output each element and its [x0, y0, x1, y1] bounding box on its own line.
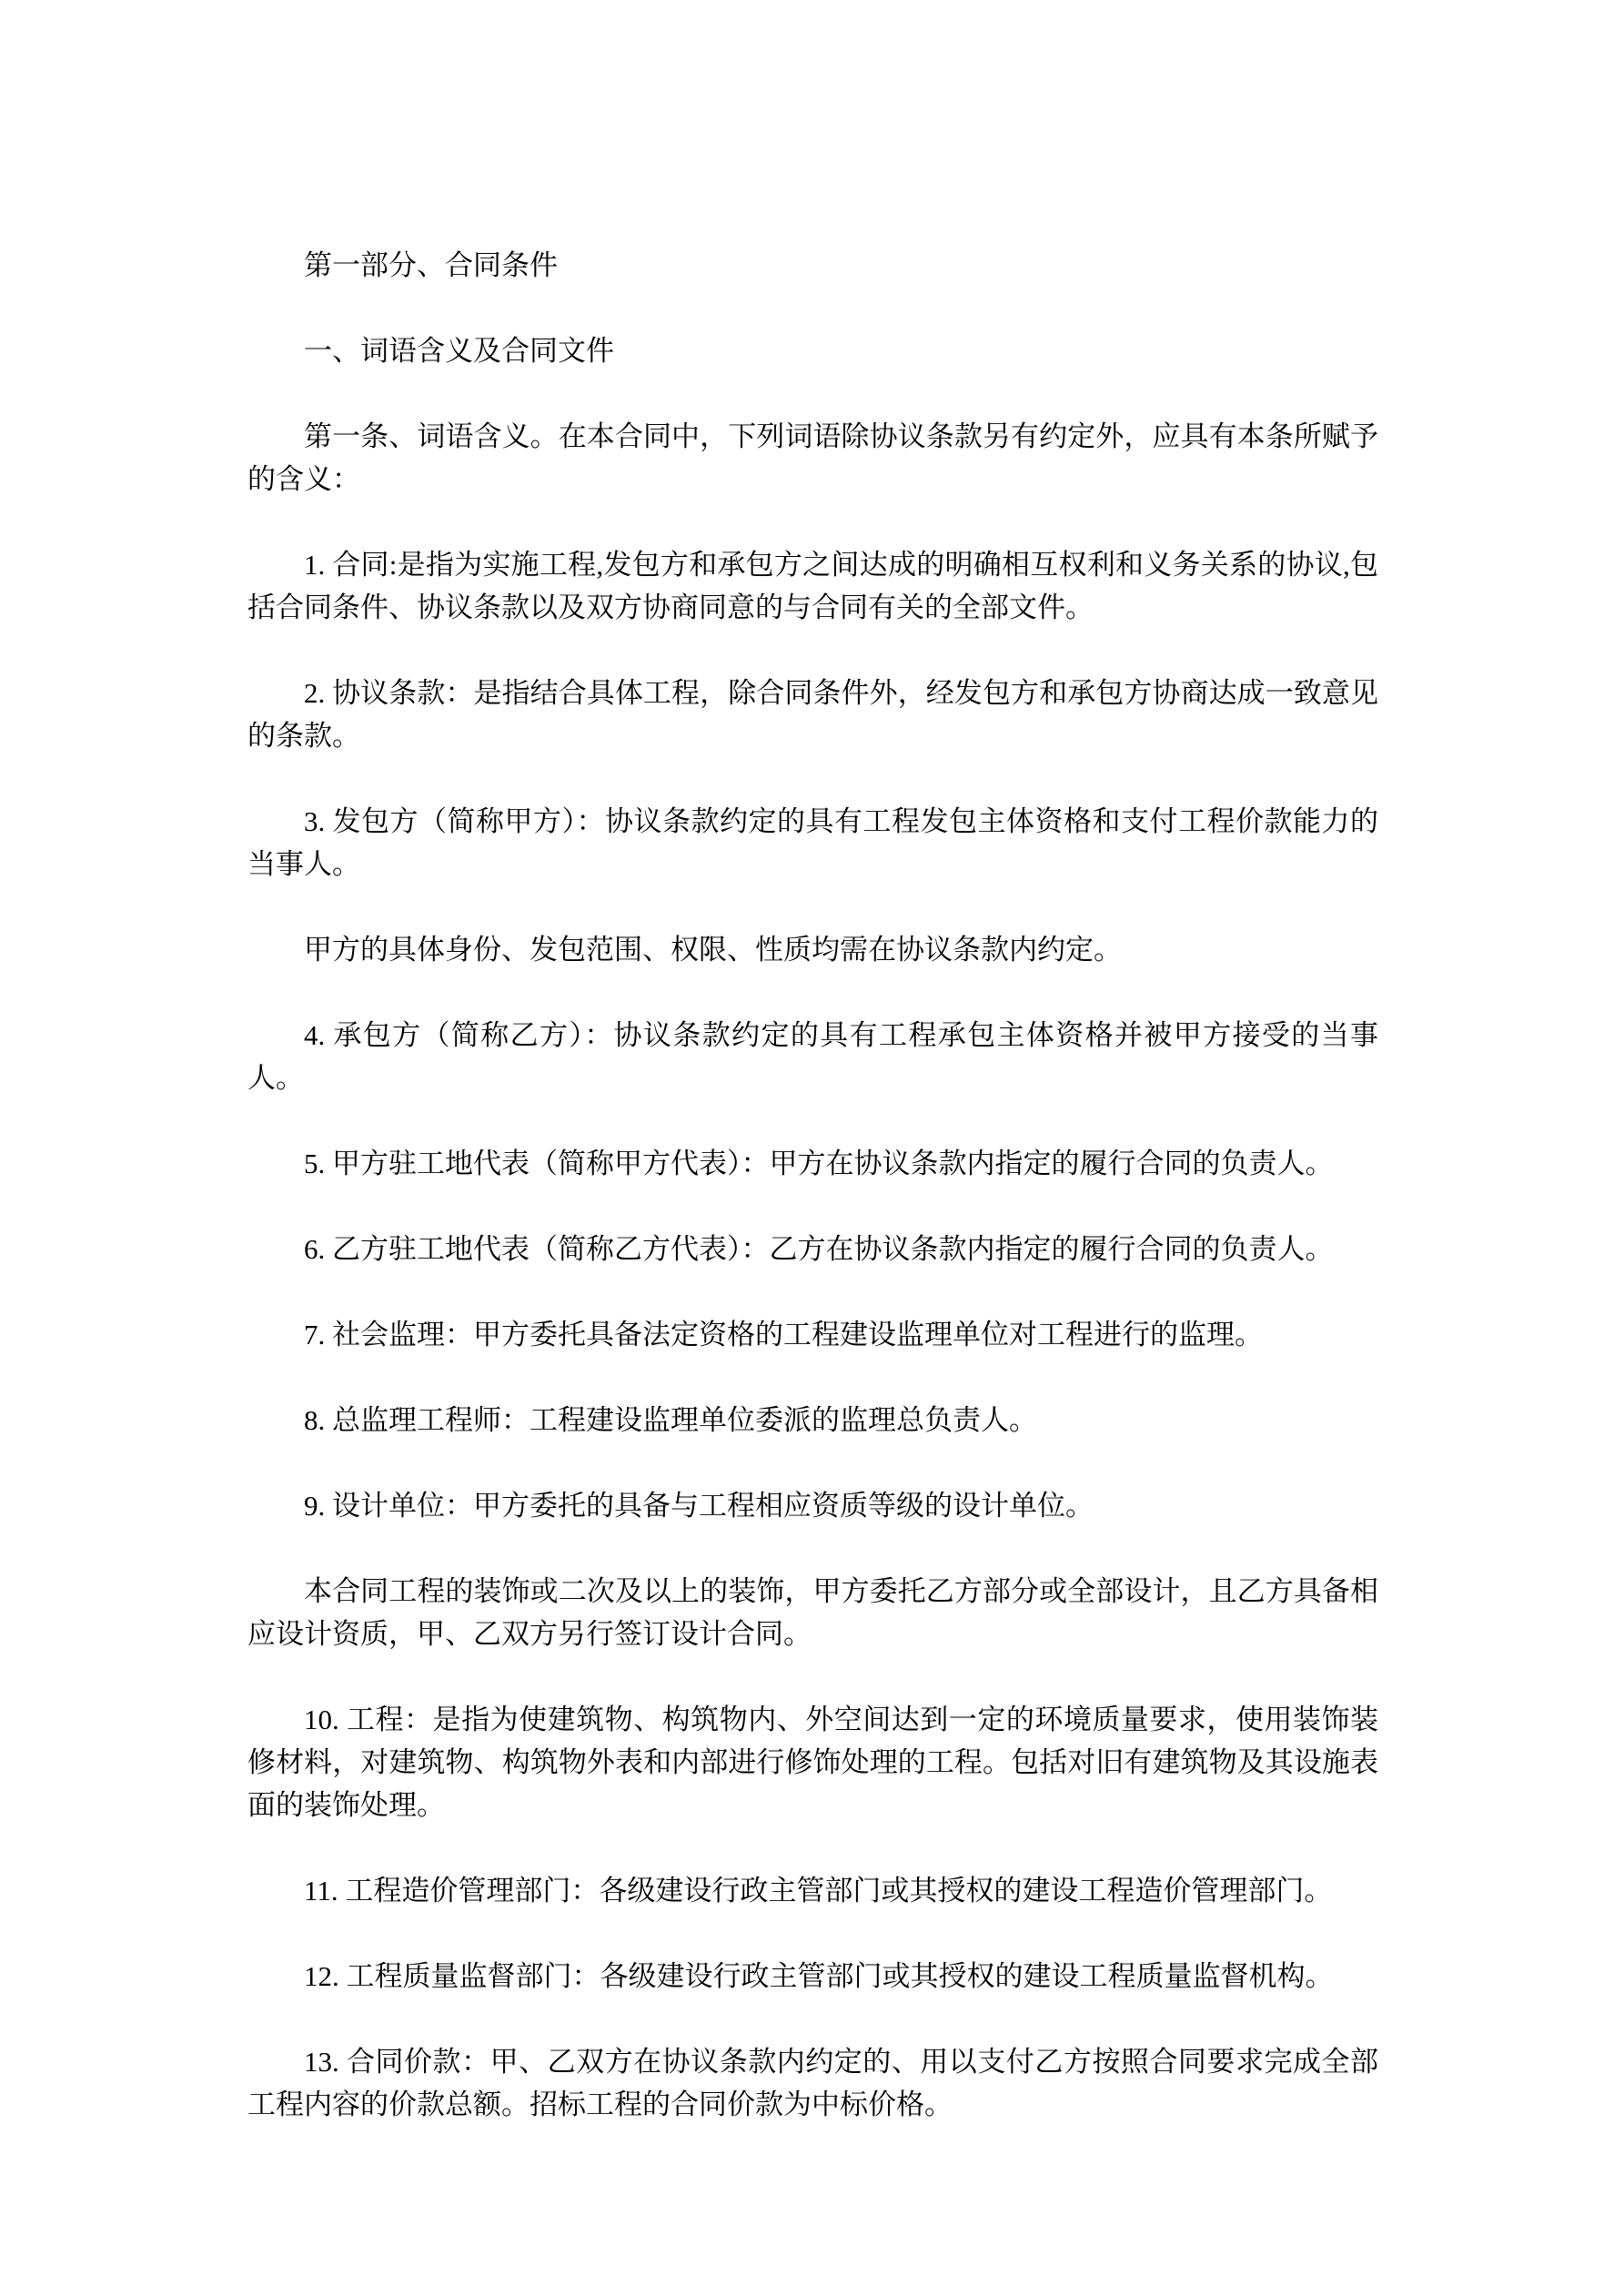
- paragraph: 3. 发包方（简称甲方）：协议条款约定的具有工程发包主体资格和支付工程价款能力的…: [247, 800, 1378, 885]
- paragraph: 5. 甲方驻工地代表（简称甲方代表）：甲方在协议条款内指定的履行合同的负责人。: [247, 1142, 1378, 1185]
- paragraph: 13. 合同价款：甲、乙双方在协议条款内约定的、用以支付乙方按照合同要求完成全部…: [247, 2040, 1378, 2126]
- page-title: 第一部分、合同条件: [247, 244, 1378, 287]
- paragraph: 4. 承包方（简称乙方）：协议条款约定的具有工程承包主体资格并被甲方接受的当事人…: [247, 1014, 1378, 1099]
- paragraph: 8. 总监理工程师：工程建设监理单位委派的监理总负责人。: [247, 1399, 1378, 1441]
- paragraph: 1. 合同:是指为实施工程,发包方和承包方之间达成的明确相互权利和义务关系的协议…: [247, 543, 1378, 629]
- paragraph: 2. 协议条款：是指结合具体工程，除合同条件外，经发包方和承包方协商达成一致意见…: [247, 672, 1378, 757]
- paragraph: 10. 工程：是指为使建筑物、构筑物内、外空间达到一定的环境质量要求，使用装饰装…: [247, 1698, 1378, 1826]
- paragraph: 7. 社会监理：甲方委托具备法定资格的工程建设监理单位对工程进行的监理。: [247, 1313, 1378, 1356]
- paragraph: 6. 乙方驻工地代表（简称乙方代表）：乙方在协议条款内指定的履行合同的负责人。: [247, 1228, 1378, 1270]
- paragraph: 第一条、词语含义。在本合同中，下列词语除协议条款另有约定外，应具有本条所赋予的含…: [247, 415, 1378, 501]
- paragraph: 9. 设计单位：甲方委托的具备与工程相应资质等级的设计单位。: [247, 1484, 1378, 1527]
- paragraph: 12. 工程质量监督部门：各级建设行政主管部门或其授权的建设工程质量监督机构。: [247, 1955, 1378, 1998]
- section-heading: 一、词语含义及合同文件: [247, 329, 1378, 372]
- paragraph: 11. 工程造价管理部门：各级建设行政主管部门或其授权的建设工程造价管理部门。: [247, 1869, 1378, 1912]
- document-page: 第一部分、合同条件 一、词语含义及合同文件 第一条、词语含义。在本合同中，下列词…: [0, 0, 1624, 2296]
- paragraph: 甲方的具体身份、发包范围、权限、性质均需在协议条款内约定。: [247, 928, 1378, 971]
- paragraph: 本合同工程的装饰或二次及以上的装饰，甲方委托乙方部分或全部设计，且乙方具备相应设…: [247, 1570, 1378, 1655]
